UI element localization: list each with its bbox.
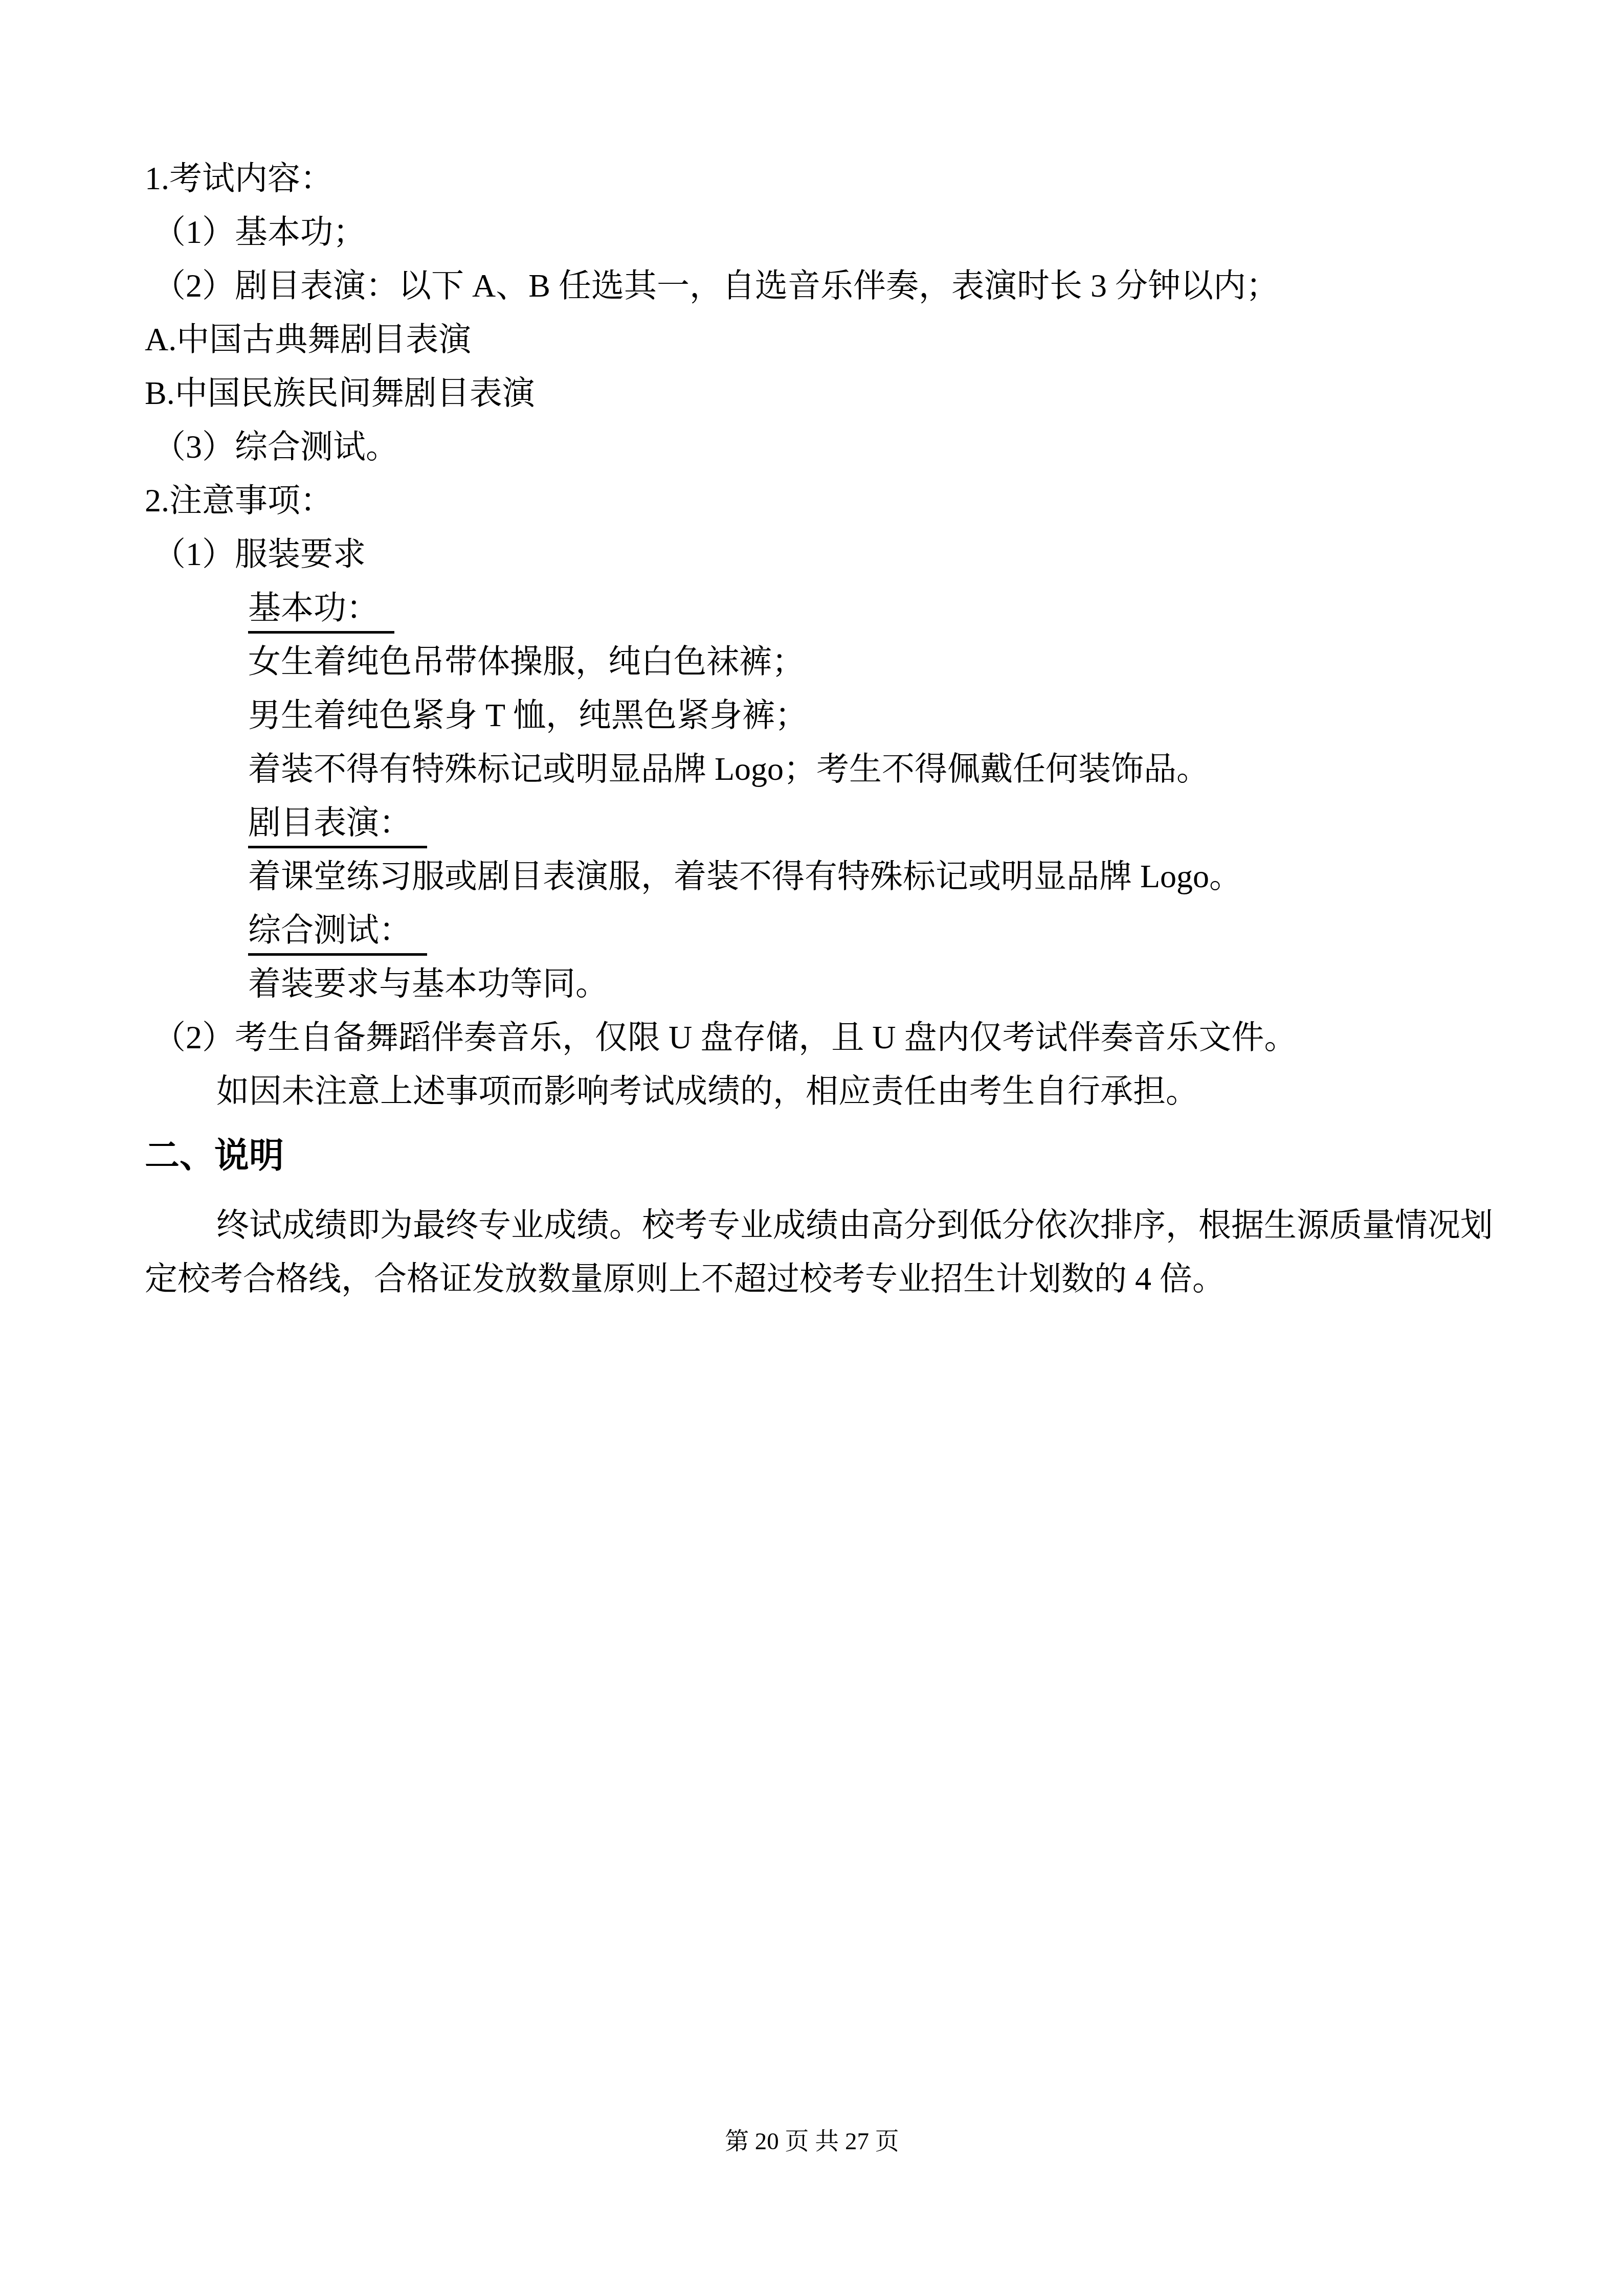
- note-dress-requirement-label: （1）服装要求: [145, 527, 1482, 581]
- dress-female-line: 女生着纯色吊带体操服，纯白色袜裤；: [145, 635, 1482, 688]
- document-body: 1.考试内容： （1）基本功； （2）剧目表演：以下 A、B 任选其一，自选音乐…: [145, 151, 1482, 1305]
- section-2-heading: 二、说明: [145, 1129, 1482, 1183]
- exam-option-b: B.中国民族民间舞剧目表演: [145, 366, 1482, 420]
- dress-basic-skills-subheading: 基本功：: [145, 581, 1482, 635]
- exam-item-comprehensive-test: （3）综合测试。: [145, 420, 1482, 474]
- basic-skills-underlined-label: 基本功：: [248, 585, 394, 634]
- note-music-usb-line: （2）考生自备舞蹈伴奏音乐，仅限 U 盘存储，且 U 盘内仅考试伴奏音乐文件。: [145, 1010, 1482, 1064]
- explanation-paragraph-line-1: 终试成绩即为最终专业成绩。校考专业成绩由高分到低分依次排序，根据生源质量情况划: [145, 1198, 1482, 1252]
- comprehensive-underlined-label: 综合测试：: [248, 907, 427, 956]
- repertoire-underlined-label: 剧目表演：: [248, 800, 427, 848]
- page-number-text: 第 20 页 共 27 页: [725, 2128, 899, 2155]
- dress-male-line: 男生着纯色紧身 T 恤，纯黑色紧身裤；: [145, 688, 1482, 742]
- exam-item-basic-skills: （1）基本功；: [145, 205, 1482, 259]
- dress-comprehensive-subheading: 综合测试：: [145, 903, 1482, 957]
- exam-content-heading: 1.考试内容：: [145, 151, 1482, 205]
- document-page: 1.考试内容： （1）基本功； （2）剧目表演：以下 A、B 任选其一，自选音乐…: [0, 0, 1624, 2296]
- exam-item-repertoire: （2）剧目表演：以下 A、B 任选其一，自选音乐伴奏，表演时长 3 分钟以内；: [145, 259, 1482, 312]
- note-responsibility-line: 如因未注意上述事项而影响考试成绩的，相应责任由考生自行承担。: [145, 1064, 1482, 1118]
- dress-repertoire-line: 着课堂练习服或剧目表演服，着装不得有特殊标记或明显品牌 Logo。: [145, 849, 1482, 903]
- page-footer: 第 20 页 共 27 页: [0, 2126, 1624, 2157]
- explanation-paragraph-line-2: 定校考合格线，合格证发放数量原则上不超过校考专业招生计划数的 4 倍。: [145, 1252, 1482, 1305]
- exam-option-a: A.中国古典舞剧目表演: [145, 312, 1482, 366]
- dress-repertoire-subheading: 剧目表演：: [145, 796, 1482, 849]
- dress-logo-restriction-line: 着装不得有特殊标记或明显品牌 Logo；考生不得佩戴任何装饰品。: [145, 742, 1482, 796]
- dress-comprehensive-line: 着装要求与基本功等同。: [145, 957, 1482, 1010]
- notes-heading: 2.注意事项：: [145, 474, 1482, 527]
